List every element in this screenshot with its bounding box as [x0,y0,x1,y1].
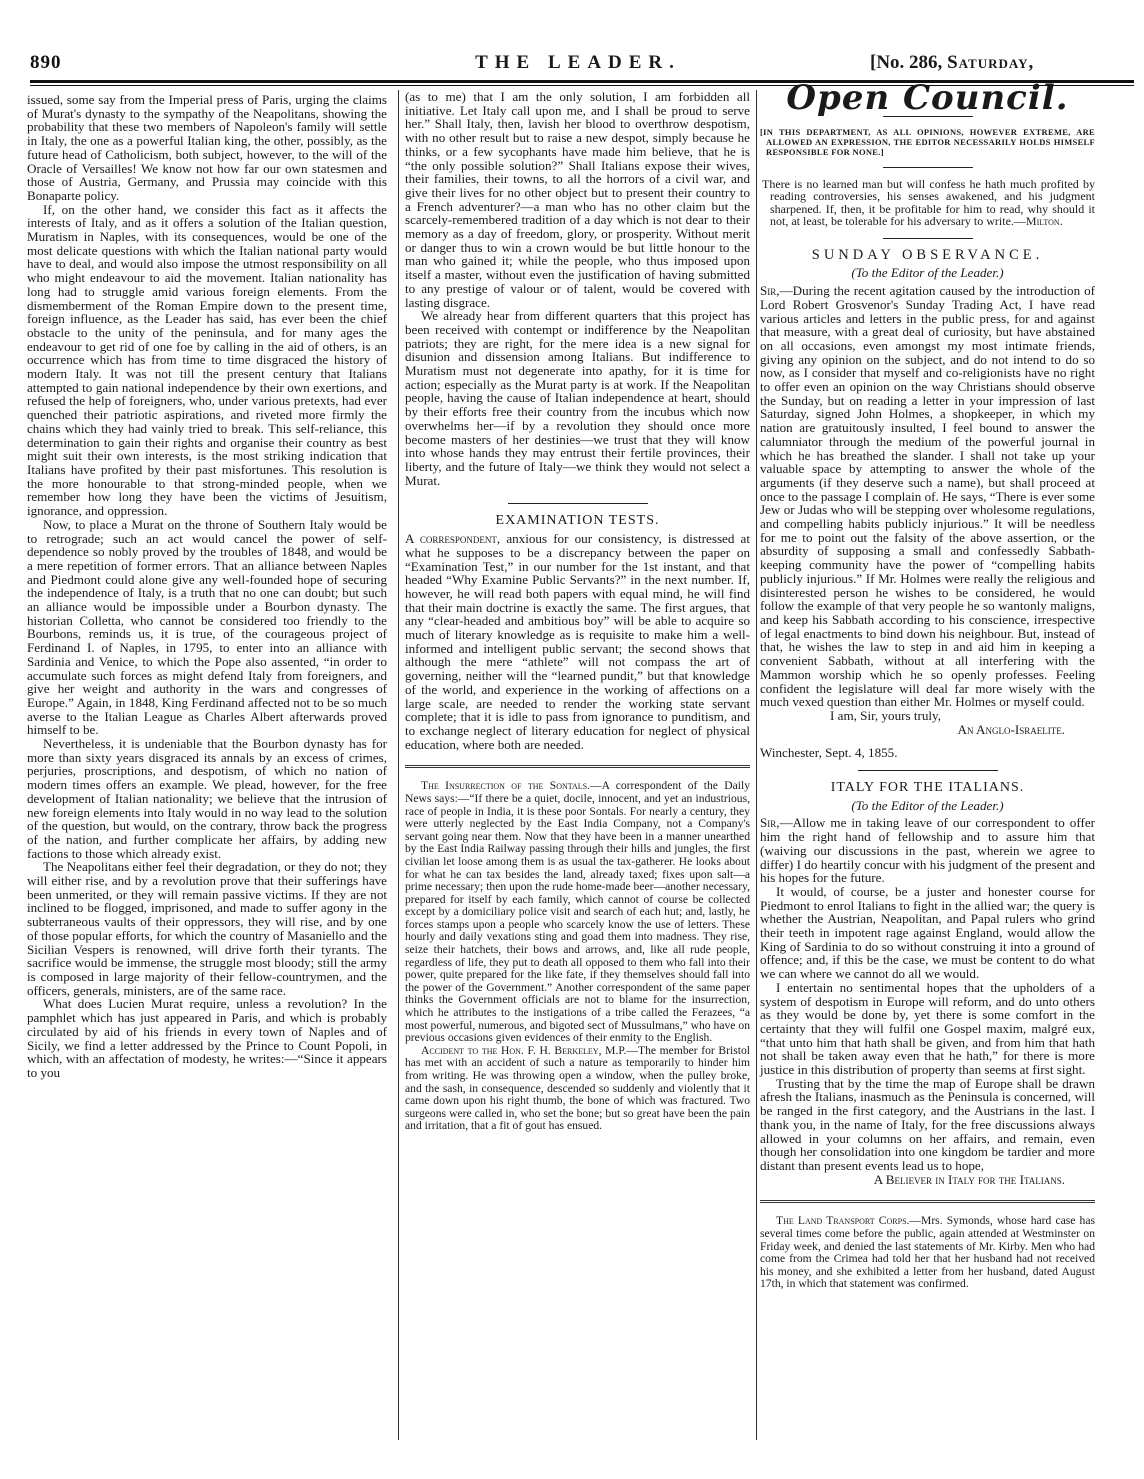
body-text: —The member for Bristol has met with an … [405,1044,750,1133]
masthead: 890 THE LEADER. [No. 286, Saturday, [30,52,1134,80]
italy-letter-paragraph: Sir,—Allow me in taking leave of our cor… [760,816,1095,885]
section-divider [405,765,750,768]
body-text: —A correspondent of the Daily News says:… [405,779,750,1044]
article-paragraph: If, on the other hand, we consider this … [27,203,387,518]
sontals-item: The Insurrection of the Sontals.—A corre… [405,780,750,1044]
berkeley-item: Accident to the Hon. F. H. Berkeley, M.P… [405,1045,750,1133]
editor-notice: [In this department, as all opinions, ho… [760,127,1095,157]
body-text: anxious for our consistency, is distress… [405,531,750,752]
examination-tests-heading: EXAMINATION TESTS. [405,514,750,528]
article-paragraph: (as to me) that I am the only solution, … [405,90,750,309]
column-1-murat-article: issued, some say from the Imperial press… [27,93,387,1080]
body-text: —During the recent agitation caused by t… [760,283,1095,709]
italy-subheading: (To the Editor of the Leader.) [760,799,1095,813]
newspaper-title: THE LEADER. [398,52,758,74]
section-divider [883,167,973,168]
motto-author: —Milton. [1014,214,1063,228]
sunday-observance-letter: Sir,—During the recent agitation caused … [760,284,1095,709]
article-paragraph: The Neapolitans either feel their degrad… [27,860,387,997]
section-divider [508,503,648,504]
letter-dateline: Winchester, Sept. 4, 1855. [760,746,1095,760]
italy-letter-paragraph: It would, of course, be a juster and hon… [760,885,1095,981]
section-divider [760,1200,1095,1203]
letter-signature: A Believer in Italy for the Italians. [760,1173,1095,1187]
letter-closing: I am, Sir, yours truly, [760,709,1095,723]
italy-heading: ITALY FOR THE ITALIANS. [760,781,1095,795]
issue-info: [No. 286, Saturday, [870,52,1034,74]
lead-in: Accident to the Hon. F. H. Berkeley, M.P… [421,1044,626,1057]
article-paragraph: issued, some say from the Imperial press… [27,93,387,203]
letter-signature: An Anglo-Israelite. [760,723,1095,737]
issue-day: Saturday, [947,52,1034,73]
column-2: (as to me) that I am the only solution, … [398,90,757,1440]
page-number: 890 [30,52,62,74]
section-divider [883,238,973,239]
italy-letter-paragraph: Trusting that by the time the map of Eur… [760,1077,1095,1173]
article-paragraph: What does Lucien Murat require, unless a… [27,997,387,1079]
sunday-observance-heading: SUNDAY OBSERVANCE. [760,249,1095,263]
milton-motto: There is no learned man but will confess… [760,178,1095,228]
italy-letter-paragraph: I entertain no sentimental hopes that th… [760,981,1095,1077]
open-council-title: Open Council. [760,92,1095,106]
body-text: —Allow me in taking leave of our corresp… [760,815,1095,885]
land-transport-item: The Land Transport Corps.—Mrs. Symonds, … [760,1215,1095,1291]
column-3-open-council: Open Council. [In this department, as al… [760,88,1095,1291]
lead-in: The Insurrection of the Sontals. [421,779,590,792]
sunday-observance-subheading: (To the Editor of the Leader.) [760,266,1095,280]
issue-number: [No. 286, [870,52,942,73]
lead-in: The Land Transport Corps. [776,1214,909,1227]
section-divider [858,770,998,771]
examination-tests-body: A correspondent, anxious for our consist… [405,532,750,751]
article-paragraph: Now, to place a Murat on the throne of S… [27,518,387,737]
article-paragraph: Nevertheless, it is undeniable that the … [27,737,387,860]
article-paragraph: We already hear from different quarters … [405,309,750,487]
